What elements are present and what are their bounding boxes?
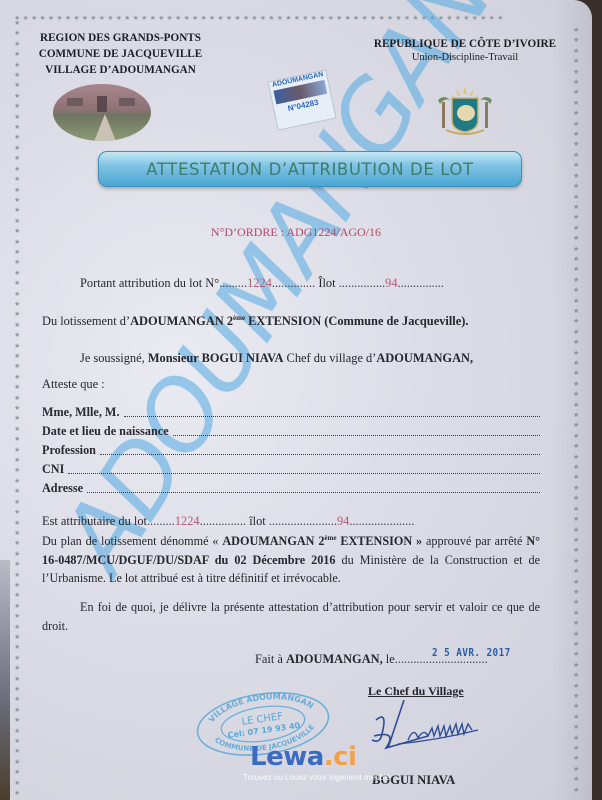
- site-logo[interactable]: Lewa.ci: [250, 742, 356, 772]
- field-value[interactable]: [173, 424, 540, 436]
- lotissement-prefix: Du lotissement d’: [42, 314, 130, 328]
- field-name: Mme, Mlle, M.: [42, 405, 540, 420]
- order-number: N°D’ORDRE : ADG1224/AGO/16: [0, 225, 592, 240]
- field-value[interactable]: [68, 462, 540, 474]
- plan-name-rest: EXTENSION »: [336, 534, 422, 548]
- dots: ...............: [200, 514, 246, 528]
- lotissement-rest: EXTENSION (Commune de Jacqueville).: [245, 314, 468, 328]
- plan-name: ADOUMANGAN 2: [222, 534, 324, 548]
- field-value[interactable]: [124, 405, 541, 417]
- fait-le: le: [383, 652, 395, 666]
- field-label: CNI: [42, 462, 68, 477]
- ilot-number: 94: [385, 276, 397, 290]
- fait-prefix: Fait à: [255, 652, 286, 666]
- village-name: ADOUMANGAN,: [376, 351, 473, 365]
- field-cni: CNI: [42, 462, 540, 477]
- atteste-label: Atteste que :: [42, 377, 105, 392]
- field-address: Adresse: [42, 481, 540, 496]
- country-header: REPUBLIQUE DE CÔTE D’IVOIRE Union-Discip…: [360, 38, 570, 63]
- field-value[interactable]: [87, 481, 540, 493]
- soussigne-line: Je soussigné, Monsieur BOGUI NIAVA Chef …: [80, 351, 473, 366]
- dots: ..............: [272, 276, 315, 290]
- field-label: Mme, Mlle, M.: [42, 405, 124, 420]
- signature-mark: [368, 700, 498, 760]
- background-paper-edge: [0, 560, 10, 800]
- plan-paragraph: Du plan de lotissement dénommé « ADOUMAN…: [42, 529, 540, 588]
- plan-text: approuvé par arrêté: [422, 534, 526, 548]
- issuer-header: REGION DES GRANDS-PONTS COMMUNE DE JACQU…: [28, 30, 213, 78]
- ilot-number: 94: [337, 514, 349, 528]
- field-birth: Date et lieu de naissance: [42, 424, 540, 439]
- fait-place: ADOUMANGAN,: [286, 652, 383, 666]
- field-label: Adresse: [42, 481, 87, 496]
- lot-line: Portant attribution du lot N°.........12…: [80, 276, 444, 291]
- plan-text: Du plan de lotissement dénommé «: [42, 534, 222, 548]
- document-page: ★★★★★★★★★★★★★★★★★★★★★★★★★★★★★★★★★★★★★★★★…: [0, 0, 592, 800]
- ilot-label: îlot: [246, 514, 269, 528]
- field-profession: Profession: [42, 443, 540, 458]
- ordinal-sup: ème: [233, 314, 245, 322]
- coat-of-arms-icon: [432, 84, 498, 138]
- star-border-top: ★★★★★★★★★★★★★★★★★★★★★★★★★★★★★★★★★★★★★★★★…: [14, 15, 580, 23]
- document-title: ATTESTATION D’ATTRIBUTION DE LOT: [98, 151, 522, 187]
- village-label: VILLAGE D’ADOUMANGAN: [28, 62, 213, 78]
- field-label: Date et lieu de naissance: [42, 424, 173, 439]
- country-name: REPUBLIQUE DE CÔTE D’IVOIRE: [360, 38, 570, 50]
- dots: ...............: [339, 276, 385, 290]
- logo-part-main: Lewa: [250, 742, 324, 772]
- chief-name: Monsieur BOGUI NIAVA: [148, 351, 284, 365]
- soussigne-prefix: Je soussigné,: [80, 351, 148, 365]
- soussigne-middle: Chef du village d’: [283, 351, 376, 365]
- attributaire-label: Est attributaire du lot: [42, 514, 147, 528]
- commune-label: COMMUNE DE JACQUEVILLE: [28, 46, 213, 62]
- ordinal-sup: ème: [324, 534, 336, 542]
- field-value[interactable]: [100, 443, 540, 455]
- signature-title: Le Chef du Village: [368, 684, 464, 699]
- lotissement-line: Du lotissement d’ADOUMANGAN 2ème EXTENSI…: [42, 314, 468, 329]
- star-border-right: ★★★★★★★★★★★★★★★★★★★★★★★★★★★★★★★★★★★★★★★★…: [573, 25, 581, 800]
- dots: .........: [219, 276, 247, 290]
- country-motto: Union-Discipline-Travail: [360, 52, 570, 63]
- region-label: REGION DES GRANDS-PONTS: [28, 30, 213, 46]
- lot-line-label: Portant attribution du lot N°: [80, 276, 219, 290]
- attributaire-line: Est attributaire du lot.........1224....…: [42, 514, 414, 529]
- star-border-left: ★★★★★★★★★★★★★★★★★★★★★★★★★★★★★★★★★★★★★★★★…: [14, 18, 22, 800]
- closing-paragraph: En foi de quoi, je délivre la présente a…: [42, 598, 540, 635]
- lot-number: 1224: [175, 514, 200, 528]
- date-stamp: 2 5 AVR. 2017: [432, 646, 511, 659]
- ilot-label: Îlot: [318, 276, 335, 290]
- fiscal-stamp-sticker: ADOUMANGAN N°04283: [267, 69, 336, 130]
- site-tagline: Trouvez ou Louez votre logement meublé: [243, 773, 390, 782]
- lot-number: 1224: [247, 276, 272, 290]
- dots: ...............: [398, 276, 444, 290]
- logo-part-tld: .ci: [324, 742, 357, 772]
- dots: .....................: [349, 514, 414, 528]
- village-photo: [53, 84, 151, 141]
- field-label: Profession: [42, 443, 100, 458]
- lotissement-name: ADOUMANGAN 2: [130, 314, 233, 328]
- dots: ......................: [269, 514, 337, 528]
- dots: .........: [147, 514, 175, 528]
